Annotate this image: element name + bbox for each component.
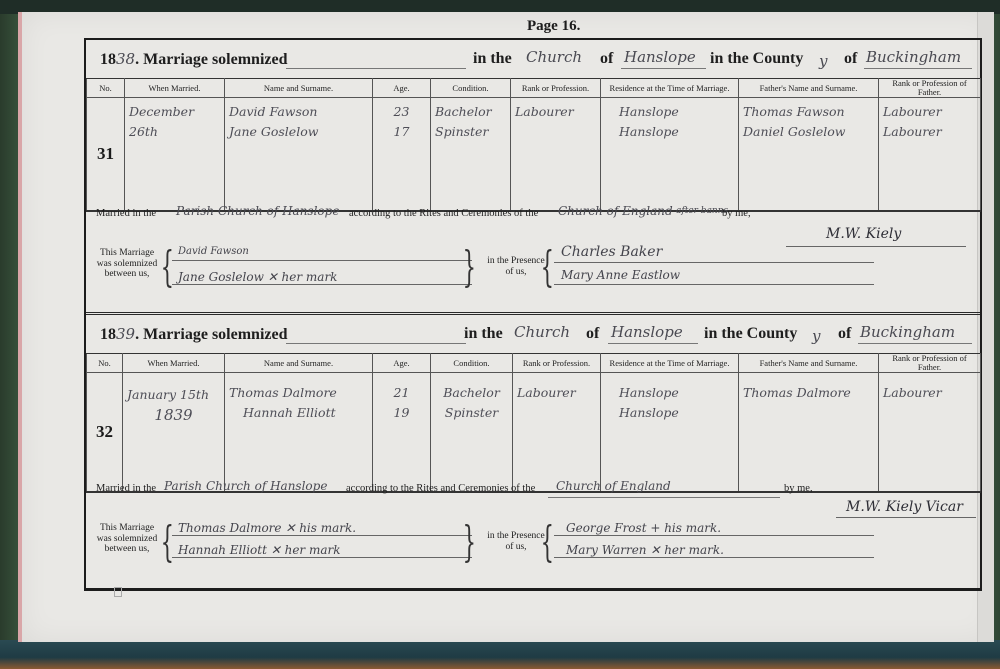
table-row: 32 January 15th1839 Thomas DalmoreHannah… xyxy=(87,373,981,493)
page-corner-mark xyxy=(114,587,122,597)
col-no: No. xyxy=(87,354,123,373)
groom-age: 21 xyxy=(377,383,426,403)
groom-condition: Bachelor xyxy=(435,102,506,122)
married-in-place: Parish Church of Hanslope xyxy=(164,479,327,493)
year-prefix: 1838. Marriage solemnized xyxy=(100,50,288,69)
this-marriage-label: This Marriage was solemnized between us, xyxy=(92,523,162,555)
entry-number: 32 xyxy=(87,373,123,493)
county-name: Buckingham xyxy=(866,48,961,66)
marriage-entry-31: 1838. Marriage solemnized in the Church … xyxy=(86,40,980,315)
in-the-label: in the xyxy=(464,325,503,343)
fill-line xyxy=(864,68,972,69)
table-row: 31 December 26th David FawsonJane Goslel… xyxy=(87,98,981,212)
groom-rank: Labourer xyxy=(515,102,596,122)
minister-signature: M.W. Kiely xyxy=(826,226,901,242)
rites-of: Church of England xyxy=(556,479,671,493)
signatures-block: This Marriage was solemnized between us,… xyxy=(86,244,980,304)
groom-residence: Hanslope xyxy=(619,102,734,122)
in-presence-label: in the Presence of us, xyxy=(486,256,546,277)
year-handwritten: 39 xyxy=(116,325,135,343)
residences: HanslopeHanslope xyxy=(601,98,739,212)
of-label: of xyxy=(600,50,613,68)
fathers: Thomas FawsonDaniel Goslelow xyxy=(739,98,879,212)
witness-signature-2: Mary Warren ✕ her mark. xyxy=(566,543,724,557)
col-father-name: Father's Name and Surname. xyxy=(739,354,879,373)
conditions: BachelorSpinster xyxy=(431,373,513,493)
bride-father: Daniel Goslelow xyxy=(743,122,874,142)
in-presence-label: in the Presence of us, xyxy=(486,531,546,552)
page-number: Page 16. xyxy=(527,18,580,35)
married-in-place: Parish Church of Hanslope xyxy=(176,204,339,218)
ranks: Labourer xyxy=(513,373,601,493)
of-label: of xyxy=(586,325,599,343)
groom-father: Thomas Fawson xyxy=(743,102,874,122)
in-the-label: in the xyxy=(473,50,512,68)
county-name: Buckingham xyxy=(860,323,955,341)
ranks: Labourer xyxy=(511,98,601,212)
county-suffix: y xyxy=(819,52,827,70)
col-age: Age. xyxy=(373,354,431,373)
signatures-block: This Marriage was solemnized between us,… xyxy=(86,519,980,579)
groom-residence: Hanslope xyxy=(619,383,734,403)
brace: { xyxy=(541,246,554,288)
col-name: Name and Surname. xyxy=(225,354,373,373)
brace: { xyxy=(541,521,554,563)
entry-title-row: 1838. Marriage solemnized in the Church … xyxy=(86,40,980,76)
col-condition: Condition. xyxy=(431,79,511,98)
bride-residence: Hanslope xyxy=(619,403,734,423)
fill-line xyxy=(286,68,466,69)
minister-line xyxy=(836,517,976,518)
party-signature-1: Thomas Dalmore ✕ his mark. xyxy=(178,521,356,535)
col-when-married: When Married. xyxy=(123,354,225,373)
when-married: December 26th xyxy=(125,98,225,212)
party-signature-2: Hannah Elliott ✕ her mark xyxy=(178,543,341,557)
column-header-row: No. When Married. Name and Surname. Age.… xyxy=(87,79,981,98)
bride-father-rank: Labourer xyxy=(883,122,976,142)
witness-signature-2: Mary Anne Eastlow xyxy=(561,268,680,282)
entry-table: No. When Married. Name and Surname. Age.… xyxy=(86,353,981,493)
col-age: Age. xyxy=(373,79,431,98)
rites-suffix: after banns xyxy=(676,206,728,216)
ages: 2317 xyxy=(373,98,431,212)
bride-name: Jane Goslelow xyxy=(229,122,368,142)
col-no: No. xyxy=(87,79,125,98)
groom-condition: Bachelor xyxy=(435,383,508,403)
father-ranks: Labourer xyxy=(879,373,981,493)
county-suffix: y xyxy=(812,327,820,345)
this-marriage-label: This Marriage was solemnized between us, xyxy=(92,248,162,280)
parish-name: Hanslope xyxy=(611,323,683,341)
col-residence: Residence at the Time of Marriage. xyxy=(601,79,739,98)
col-rank: Rank or Profession. xyxy=(513,354,601,373)
year-prefix: 1839. Marriage solemnized xyxy=(100,325,288,344)
names: Thomas DalmoreHannah Elliott xyxy=(225,373,373,493)
brace: { xyxy=(161,246,174,288)
county-of-label: of xyxy=(844,50,857,68)
col-residence: Residence at the Time of Marriage. xyxy=(601,354,739,373)
church-type: Church xyxy=(514,323,570,341)
entry-title-row: 1839. Marriage solemnized in the Church … xyxy=(86,315,980,351)
father-ranks: LabourerLabourer xyxy=(879,98,981,212)
col-rank: Rank or Profession. xyxy=(511,79,601,98)
party-signature-2: Jane Goslelow ✕ her mark xyxy=(178,270,337,284)
in-the-county-label: in the County xyxy=(704,325,797,343)
names: David FawsonJane Goslelow xyxy=(225,98,373,212)
year-handwritten: 38 xyxy=(116,50,135,68)
bride-age: 17 xyxy=(377,122,426,142)
col-when-married: When Married. xyxy=(125,79,225,98)
col-name: Name and Surname. xyxy=(225,79,373,98)
bride-residence: Hanslope xyxy=(619,122,734,142)
in-the-county-label: in the County xyxy=(710,50,803,68)
col-father-rank: Rank or Profession of Father. xyxy=(879,79,981,98)
groom-father-rank: Labourer xyxy=(883,102,976,122)
county-of-label: of xyxy=(838,325,851,343)
fathers: Thomas Dalmore xyxy=(739,373,879,493)
col-father-name: Father's Name and Surname. xyxy=(739,79,879,98)
bride-name: Hannah Elliott xyxy=(229,403,368,423)
entry-number: 31 xyxy=(87,98,125,212)
bride-condition: Spinster xyxy=(435,122,506,142)
entry-table: No. When Married. Name and Surname. Age.… xyxy=(86,78,981,212)
conditions: BachelorSpinster xyxy=(431,98,511,212)
groom-name: Thomas Dalmore xyxy=(229,383,368,403)
fill-line xyxy=(858,343,972,344)
bride-condition: Spinster xyxy=(435,403,508,423)
residences: HanslopeHanslope xyxy=(601,373,739,493)
minister-signature: M.W. Kiely Vicar xyxy=(846,499,963,515)
marriage-register: 1838. Marriage solemnized in the Church … xyxy=(84,38,982,591)
witness-signature-1: George Frost + his mark. xyxy=(566,521,721,535)
groom-rank: Labourer xyxy=(517,383,596,403)
parish-name: Hanslope xyxy=(624,48,696,66)
when-married-year: 1839 xyxy=(127,405,220,425)
fill-line xyxy=(608,343,698,344)
party-signature-1: David Fawson xyxy=(178,246,249,257)
book-cover-bottom xyxy=(0,640,1000,669)
when-married: January 15th1839 xyxy=(123,373,225,493)
register-page: Page 16. 1838. Marriage solemnized in th… xyxy=(18,12,994,642)
groom-age: 23 xyxy=(377,102,426,122)
groom-father-rank: Labourer xyxy=(883,383,976,403)
church-type: Church xyxy=(526,48,582,66)
marriage-entry-32: 1839. Marriage solemnized in the Church … xyxy=(86,315,980,588)
groom-name: David Fawson xyxy=(229,102,368,122)
bride-age: 19 xyxy=(377,403,426,423)
rites-of: Church of England xyxy=(558,204,673,218)
fill-line xyxy=(286,343,466,344)
col-father-rank: Rank or Profession of Father. xyxy=(879,354,981,373)
brace: } xyxy=(463,521,476,563)
fill-line xyxy=(621,68,706,69)
witness-signature-1: Charles Baker xyxy=(561,244,662,260)
brace: } xyxy=(463,246,476,288)
ages: 2119 xyxy=(373,373,431,493)
column-header-row: No. When Married. Name and Surname. Age.… xyxy=(87,354,981,373)
col-condition: Condition. xyxy=(431,354,513,373)
groom-father: Thomas Dalmore xyxy=(743,383,874,403)
